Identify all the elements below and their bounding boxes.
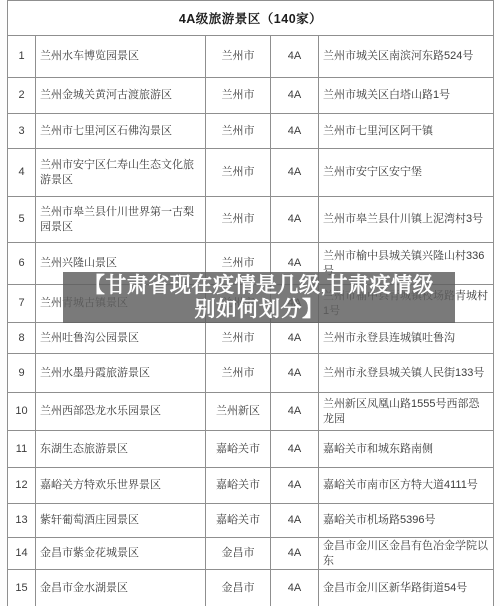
level-cell: 4A — [271, 36, 319, 78]
level-cell: 4A — [271, 323, 319, 354]
address-cell: 兰州市城关区白塔山路1号 — [319, 78, 493, 114]
table-title: 4A级旅游景区（140家） — [8, 1, 493, 36]
row-number-cell: 10 — [8, 393, 36, 431]
watermark-overlay: 【甘肃省现在疫情是几级,甘肃疫情级 别如何划分】 — [63, 272, 455, 323]
address-cell: 嘉峪关市和城东路南侧 — [319, 431, 493, 468]
city-cell: 兰州市 — [206, 197, 271, 243]
row-number-cell: 9 — [8, 354, 36, 393]
level-cell: 4A — [271, 78, 319, 114]
name-cell: 兰州水车博览园景区 — [36, 36, 206, 78]
level-cell: 4A — [271, 149, 319, 197]
city-cell: 嘉峪关市 — [206, 468, 271, 504]
level-cell: 4A — [271, 431, 319, 468]
address-cell: 兰州市七里河区阿干镇 — [319, 114, 493, 149]
city-cell: 金昌市 — [206, 570, 271, 606]
city-cell: 嘉峪关市 — [206, 504, 271, 538]
city-cell: 兰州市 — [206, 114, 271, 149]
watermark-line-1: 【甘肃省现在疫情是几级,甘肃疫情级 — [84, 274, 434, 298]
level-cell: 4A — [271, 393, 319, 431]
address-cell: 金昌市金川区金昌有色冶金学院以东 — [319, 538, 493, 570]
table-row: 13紫轩葡萄酒庄园景区嘉峪关市4A嘉峪关市机场路5396号 — [8, 504, 493, 538]
table-row: 8兰州吐鲁沟公园景区兰州市4A兰州市永登县连城镇吐鲁沟 — [8, 323, 493, 354]
address-cell: 金昌市金川区新华路街道54号 — [319, 570, 493, 606]
row-number-cell: 2 — [8, 78, 36, 114]
name-cell: 金昌市金水湖景区 — [36, 570, 206, 606]
address-cell: 嘉峪关市南市区方特大道4111号 — [319, 468, 493, 504]
row-number-cell: 15 — [8, 570, 36, 606]
row-number-cell: 13 — [8, 504, 36, 538]
address-cell: 兰州市皋兰县什川镇上泥湾村3号 — [319, 197, 493, 243]
row-number-cell: 7 — [8, 285, 36, 323]
city-cell: 兰州市 — [206, 149, 271, 197]
address-cell: 兰州市安宁区安宁堡 — [319, 149, 493, 197]
name-cell: 兰州水墨丹霞旅游景区 — [36, 354, 206, 393]
name-cell: 兰州金城关黄河古渡旅游区 — [36, 78, 206, 114]
row-number-cell: 8 — [8, 323, 36, 354]
city-cell: 兰州市 — [206, 78, 271, 114]
level-cell: 4A — [271, 468, 319, 504]
address-cell: 兰州市城关区南滨河东路524号 — [319, 36, 493, 78]
city-cell: 兰州市 — [206, 354, 271, 393]
address-cell: 嘉峪关市机场路5396号 — [319, 504, 493, 538]
table-row: 12嘉峪关方特欢乐世界景区嘉峪关市4A嘉峪关市南市区方特大道4111号 — [8, 468, 493, 504]
table-row: 10兰州西部恐龙水乐园景区兰州新区4A兰州新区凤凰山路1555号西部恐龙园 — [8, 393, 493, 431]
name-cell: 兰州西部恐龙水乐园景区 — [36, 393, 206, 431]
table-row: 9兰州水墨丹霞旅游景区兰州市4A兰州市永登县城关镇人民街133号 — [8, 354, 493, 393]
name-cell: 金昌市紫金花城景区 — [36, 538, 206, 570]
watermark-line-2: 别如何划分】 — [195, 298, 324, 322]
level-cell: 4A — [271, 570, 319, 606]
row-number-cell: 14 — [8, 538, 36, 570]
level-cell: 4A — [271, 538, 319, 570]
city-cell: 兰州新区 — [206, 393, 271, 431]
row-number-cell: 5 — [8, 197, 36, 243]
table-row: 5兰州市皋兰县什川世界第一古梨园景区兰州市4A兰州市皋兰县什川镇上泥湾村3号 — [8, 197, 493, 243]
name-cell: 兰州市皋兰县什川世界第一古梨园景区 — [36, 197, 206, 243]
screenshot-root: 4A级旅游景区（140家） 1兰州水车博览园景区兰州市4A兰州市城关区南滨河东路… — [0, 0, 500, 606]
city-cell: 嘉峪关市 — [206, 431, 271, 468]
row-number-cell: 3 — [8, 114, 36, 149]
name-cell: 兰州吐鲁沟公园景区 — [36, 323, 206, 354]
address-cell: 兰州市永登县城关镇人民街133号 — [319, 354, 493, 393]
level-cell: 4A — [271, 504, 319, 538]
name-cell: 兰州市安宁区仁寿山生态文化旅游景区 — [36, 149, 206, 197]
name-cell: 东湖生态旅游景区 — [36, 431, 206, 468]
table-row: 14金昌市紫金花城景区金昌市4A金昌市金川区金昌有色冶金学院以东 — [8, 538, 493, 570]
level-cell: 4A — [271, 197, 319, 243]
level-cell: 4A — [271, 354, 319, 393]
city-cell: 兰州市 — [206, 323, 271, 354]
city-cell: 兰州市 — [206, 36, 271, 78]
row-number-cell: 4 — [8, 149, 36, 197]
table-row: 11东湖生态旅游景区嘉峪关市4A嘉峪关市和城东路南侧 — [8, 431, 493, 468]
table-row: 4兰州市安宁区仁寿山生态文化旅游景区兰州市4A兰州市安宁区安宁堡 — [8, 149, 493, 197]
table-row: 2兰州金城关黄河古渡旅游区兰州市4A兰州市城关区白塔山路1号 — [8, 78, 493, 114]
name-cell: 兰州市七里河区石佛沟景区 — [36, 114, 206, 149]
table-row: 15金昌市金水湖景区金昌市4A金昌市金川区新华路街道54号 — [8, 570, 493, 606]
city-cell: 金昌市 — [206, 538, 271, 570]
address-cell: 兰州新区凤凰山路1555号西部恐龙园 — [319, 393, 493, 431]
row-number-cell: 1 — [8, 36, 36, 78]
row-number-cell: 12 — [8, 468, 36, 504]
address-cell: 兰州市永登县连城镇吐鲁沟 — [319, 323, 493, 354]
table-row: 3兰州市七里河区石佛沟景区兰州市4A兰州市七里河区阿干镇 — [8, 114, 493, 149]
name-cell: 紫轩葡萄酒庄园景区 — [36, 504, 206, 538]
level-cell: 4A — [271, 114, 319, 149]
row-number-cell: 11 — [8, 431, 36, 468]
name-cell: 嘉峪关方特欢乐世界景区 — [36, 468, 206, 504]
table-row: 1兰州水车博览园景区兰州市4A兰州市城关区南滨河东路524号 — [8, 36, 493, 78]
row-number-cell: 6 — [8, 243, 36, 285]
